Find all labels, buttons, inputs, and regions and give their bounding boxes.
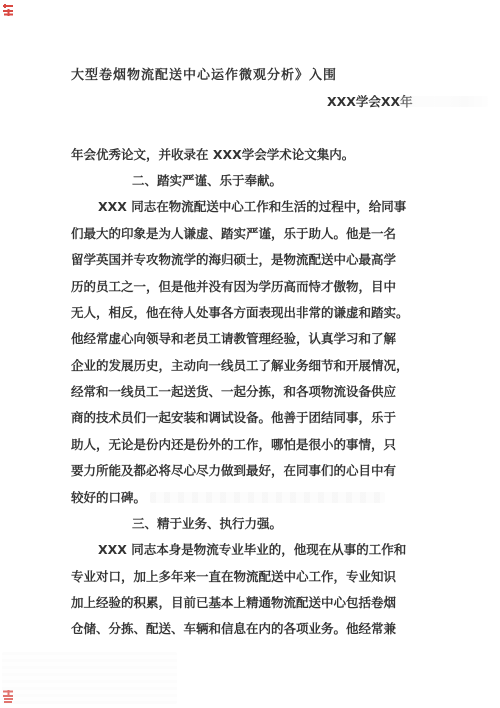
- text-line: XXX 同志本身是物流专业毕业的，他现在从事的工作和: [98, 542, 406, 557]
- text-line: 们最大的印象是为人谦虚、踏实严谨，乐于助人。他是一名: [71, 226, 396, 241]
- text-line: 助人，无论是份内还是份外的工作，哪怕是很小的事情，只: [71, 437, 396, 452]
- red-stamp-icon: [2, 2, 15, 16]
- text-line: XXX学会XX年: [327, 94, 413, 109]
- text-line: 二、踏实严谨、乐于奉献。: [132, 173, 282, 188]
- document-title-line: 大型卷烟物流配送中心运作微观分析》入围: [71, 68, 337, 83]
- text-line: 三、精于业务、执行力强。: [132, 516, 282, 531]
- red-stamp-icon: [2, 688, 15, 702]
- scan-ghost-artifact: [150, 492, 385, 503]
- text-line: 加上经验的积累，目前已基本上精通物流配送中心包括卷烟: [71, 595, 396, 610]
- text-line: 企业的发展历史，主动向一线员工了解业务细节和开展情况，: [71, 358, 409, 373]
- text-line: 历的员工之一，但是他并没有因为学历高而恃才傲物，目中: [71, 279, 396, 294]
- scan-ghost-artifact: [2, 652, 177, 704]
- text-line: 留学英国并专攻物流学的海归硕士，是物流配送中心最高学: [71, 252, 396, 267]
- text-line: 无人，相反，他在待人处事各方面表现出非常的谦虚和踏实。: [71, 305, 409, 320]
- text-line: 较好的口碑。: [71, 490, 146, 505]
- text-line: 仓储、分拣、配送、车辆和信息在内的各项业务。他经常兼: [71, 621, 396, 636]
- text-line: 商的技术员们一起安装和调试设备。他善于团结同事，乐于: [71, 410, 396, 425]
- text-line: 年会优秀论文，并收录在 XXX学会学术论文集内。: [71, 147, 354, 162]
- text-line: XXX 同志在物流配送中心工作和生活的过程中，给同事: [98, 199, 406, 214]
- text-line: 经常和一线员工一起送货、一起分拣，和各项物流设备供应: [71, 384, 396, 399]
- text-line: 他经常虚心向领导和老员工请教管理经验，认真学习和了解: [71, 331, 396, 346]
- scan-ghost-artifact: [400, 96, 488, 107]
- text-line: 专业对口，加上多年来一直在物流配送中心工作，专业知识: [71, 569, 396, 584]
- document-page: 大型卷烟物流配送中心运作微观分析》入围XXX学会XX年年会优秀论文，并收录在 X…: [0, 0, 500, 708]
- text-line: 要力所能及都必将尽心尽力做到最好，在同事们的心目中有: [71, 463, 396, 478]
